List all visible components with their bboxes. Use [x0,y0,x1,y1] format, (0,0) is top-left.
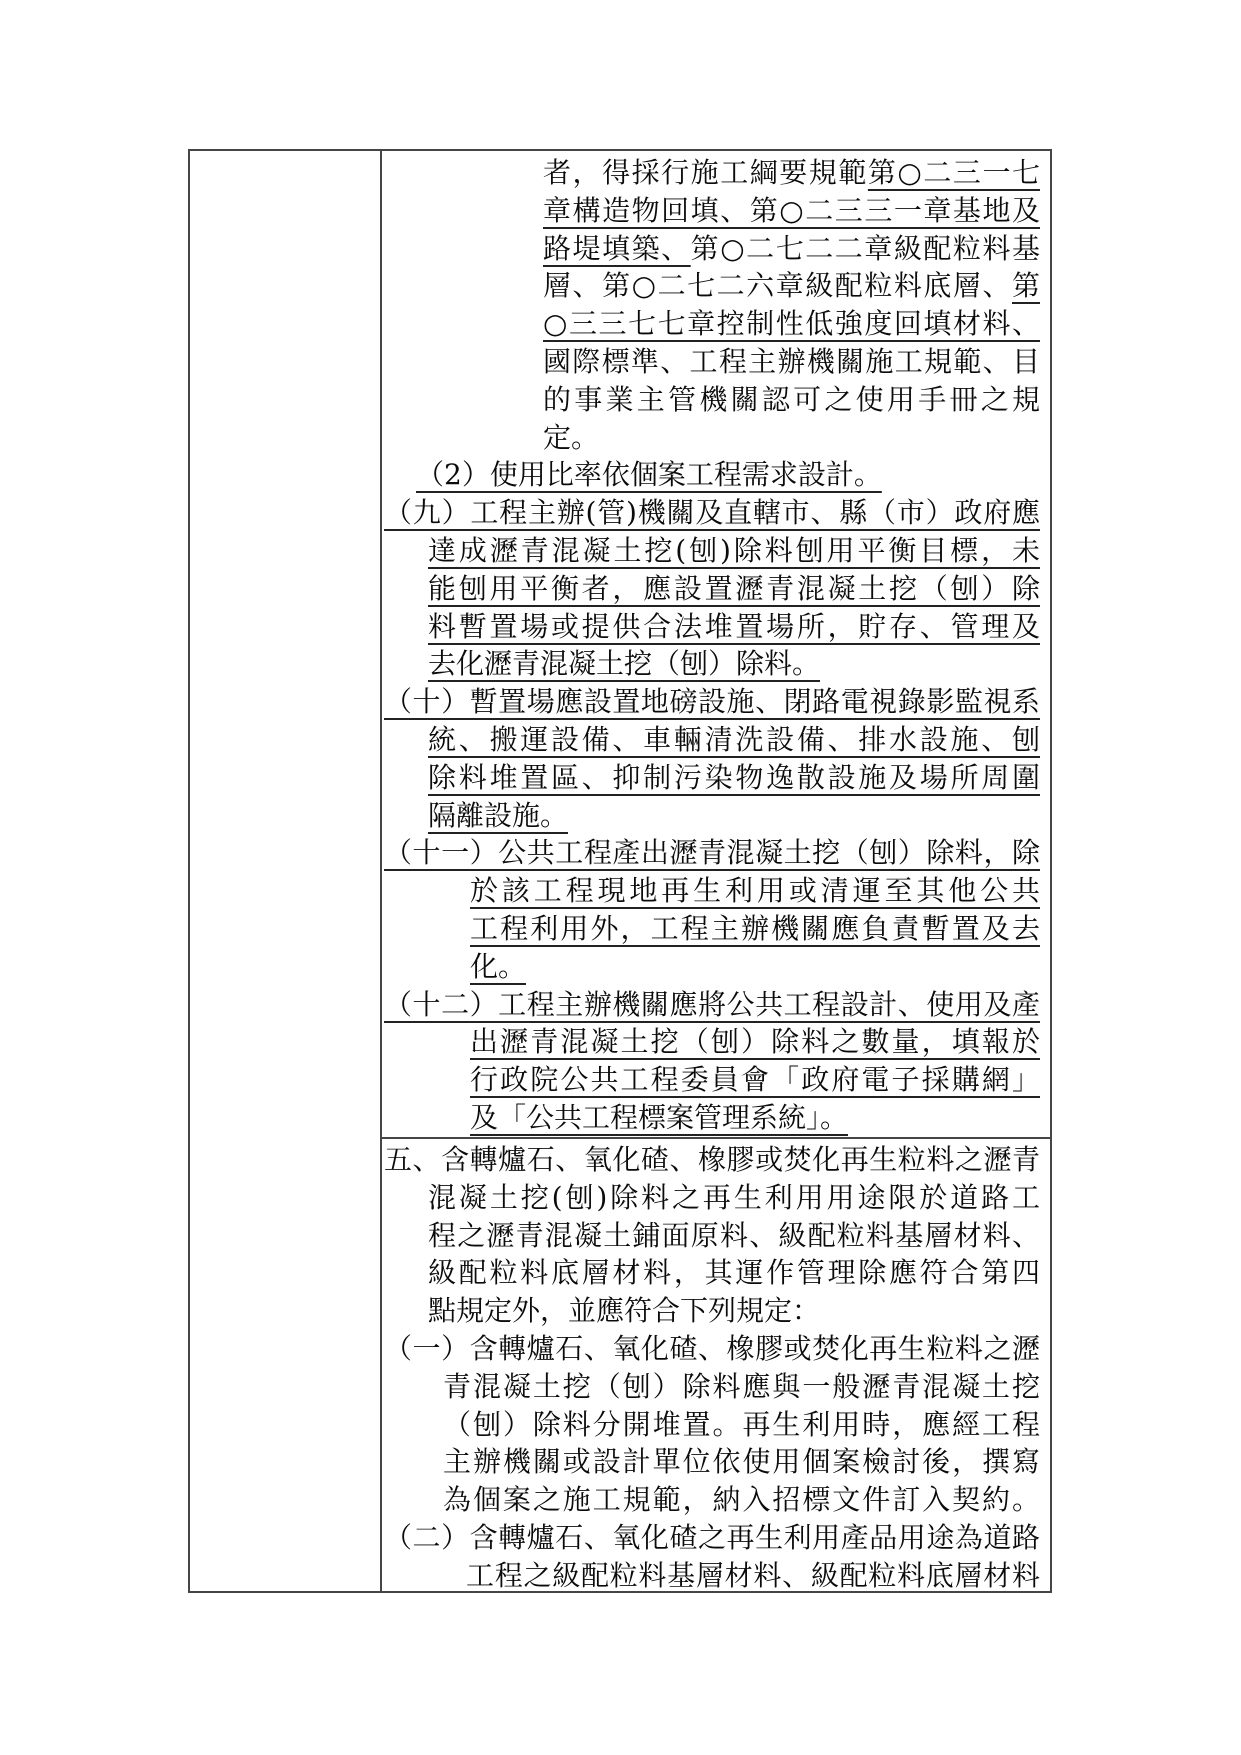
underlined-text-run: 及「公共工程標案管理系統」。 [470,1101,848,1134]
underlined-text-run: 去化瀝青混凝土挖（刨）除料。 [428,647,820,680]
text-line: ○三三七七章控制性低強度回填材料、 [543,305,1040,343]
text-run: 五、含轉爐石、氧化碴、橡膠或焚化再生粒料之瀝青 [384,1143,1040,1176]
underlined-text-run: 第○二三一七 [868,156,1040,189]
text-line: （十二）工程主辦機關應將公共工程設計、使用及產 [384,986,1040,1024]
text-run: （一）含轉爐石、氧化碴、橡膠或焚化再生粒料之瀝 [384,1332,1040,1365]
text-line: （刨）除料分開堆置。再生利用時，應經工程 [443,1406,1040,1444]
text-line: 路堤填築、第○二七二二章級配粒料基 [543,230,1040,268]
table-cell-row-2: 五、含轉爐石、氧化碴、橡膠或焚化再生粒料之瀝青混凝土挖(刨)除料之再生利用用途限… [384,1141,1040,1591]
underlined-text-run: 出瀝青混凝土挖（刨）除料之數量，填報於 [470,1025,1040,1058]
text-run: 主辦機關或設計單位依使用個案檢討後，撰寫 [443,1445,1040,1478]
text-run: 者，得採行施工綱要規範 [543,156,868,189]
left-column-cell [190,151,380,1591]
text-run: 第○二七二二章級配粒料基 [691,232,1040,265]
underlined-text-run: 除料堆置區、抑制污染物逸散設施及場所周圍 [428,761,1040,794]
underlined-text-run: 路堤填築、 [543,232,691,265]
underlined-text-run: 第 [1012,269,1040,302]
underlined-text-run: （九）工程主辦(管)機關及直轄市、縣（市）政府應 [384,496,1040,529]
text-run: 為個案之施工規範，納入招標文件訂入契約。 [443,1483,1040,1516]
text-run: 工程之級配粒料基層材料、級配粒料底層材料 [466,1559,1040,1592]
text-run: 點規定外，並應符合下列規定： [428,1294,820,1327]
text-run: 層、第○二七二六章級配粒料底層、 [543,269,1012,302]
text-run: 級配粒料底層材料，其運作管理除應符合第四 [428,1256,1040,1289]
text-line: 國際標準、工程主辦機關施工規範、目 [543,343,1040,381]
underlined-text-run: 化。 [470,950,526,983]
text-line: 青混凝土挖（刨）除料應與一般瀝青混凝土挖 [443,1368,1040,1406]
text-line: （十一）公共工程產出瀝青混凝土挖（刨）除料，除 [384,834,1040,872]
text-line: 達成瀝青混凝土挖(刨)除料刨用平衡目標，未 [428,532,1040,570]
underlined-text-run: 章構造物回填、第○二三三一章基地及 [543,194,1040,227]
text-line: 去化瀝青混凝土挖（刨）除料。 [428,645,1040,683]
text-line: （二）含轉爐石、氧化碴之再生利用產品用途為道路 [384,1519,1040,1557]
underlined-text-run: 能刨用平衡者，應設置瀝青混凝土挖（刨）除 [428,572,1040,605]
underlined-text-run: （十）暫置場應設置地磅設施、閉路電視錄影監視系 [384,685,1040,718]
underlined-text-run: （2）使用比率依個案工程需求設計。 [416,458,882,491]
text-run: 的事業主管機關認可之使用手冊之規 [543,383,1040,416]
text-line: 料暫置場或提供合法堆置場所，貯存、管理及 [428,608,1040,646]
underlined-text-run: （十一）公共工程產出瀝青混凝土挖（刨）除料，除 [384,836,1040,869]
underlined-text-run: 行政院公共工程委員會「政府電子採購網」 [470,1063,1040,1096]
text-line: 層、第○二七二六章級配粒料底層、第 [543,267,1040,305]
underlined-text-run: 達成瀝青混凝土挖(刨)除料刨用平衡目標，未 [428,534,1040,567]
text-line: （九）工程主辦(管)機關及直轄市、縣（市）政府應 [384,494,1040,532]
text-line: 五、含轉爐石、氧化碴、橡膠或焚化再生粒料之瀝青 [384,1141,1040,1179]
text-line: 出瀝青混凝土挖（刨）除料之數量，填報於 [470,1023,1040,1061]
table-cell-row-1: 者，得採行施工綱要規範第○二三一七章構造物回填、第○二三三一章基地及路堤填築、第… [384,154,1040,1138]
underlined-text-run: 於該工程現地再生利用或清運至其他公共 [470,874,1040,907]
text-line: 統、搬運設備、車輛清洗設備、排水設施、刨 [428,721,1040,759]
text-line: 者，得採行施工綱要規範第○二三一七 [543,154,1040,192]
underlined-text-run: ○三三七七章控制性低強度回填材料、 [543,307,1040,340]
text-line: 化。 [470,948,1040,986]
text-run: 定。 [543,421,599,454]
text-run: （二）含轉爐石、氧化碴之再生利用產品用途為道路 [384,1521,1040,1554]
text-line: 混凝土挖(刨)除料之再生利用用途限於道路工 [428,1179,1040,1217]
text-line: 於該工程現地再生利用或清運至其他公共 [470,872,1040,910]
text-line: 章構造物回填、第○二三三一章基地及 [543,192,1040,230]
text-line: 級配粒料底層材料，其運作管理除應符合第四 [428,1254,1040,1292]
text-run: 程之瀝青混凝土鋪面原料、級配粒料基層材料、 [428,1219,1040,1252]
text-line: （十）暫置場應設置地磅設施、閉路電視錄影監視系 [384,683,1040,721]
text-run: （刨）除料分開堆置。再生利用時，應經工程 [443,1408,1040,1441]
text-line: 能刨用平衡者，應設置瀝青混凝土挖（刨）除 [428,570,1040,608]
text-line: 及「公共工程標案管理系統」。 [470,1099,1040,1137]
text-line: （一）含轉爐石、氧化碴、橡膠或焚化再生粒料之瀝 [384,1330,1040,1368]
text-line: 程之瀝青混凝土鋪面原料、級配粒料基層材料、 [428,1217,1040,1255]
underlined-text-run: 工程利用外，工程主辦機關應負責暫置及去 [470,912,1040,945]
underlined-text-run: 統、搬運設備、車輛清洗設備、排水設施、刨 [428,723,1040,756]
text-line: 的事業主管機關認可之使用手冊之規 [543,381,1040,419]
underlined-text-run: 隔離設施。 [428,799,568,832]
text-line: 為個案之施工規範，納入招標文件訂入契約。 [443,1481,1040,1519]
text-line: 隔離設施。 [428,797,1040,835]
text-run: 混凝土挖(刨)除料之再生利用用途限於道路工 [428,1181,1040,1214]
text-run: 國際標準、工程主辦機關施工規範、目 [543,345,1040,378]
text-line: 工程利用外，工程主辦機關應負責暫置及去 [470,910,1040,948]
text-line: 點規定外，並應符合下列規定： [428,1292,1040,1330]
text-run: 青混凝土挖（刨）除料應與一般瀝青混凝土挖 [443,1370,1040,1403]
underlined-text-run: 料暫置場或提供合法堆置場所，貯存、管理及 [428,610,1040,643]
underlined-text-run: （十二）工程主辦機關應將公共工程設計、使用及產 [384,988,1040,1021]
text-line: 定。 [543,419,1040,457]
column-divider [380,151,382,1591]
text-line: 工程之級配粒料基層材料、級配粒料底層材料 [466,1557,1040,1595]
text-line: 行政院公共工程委員會「政府電子採購網」 [470,1061,1040,1099]
regulation-table: 者，得採行施工綱要規範第○二三一七章構造物回填、第○二三三一章基地及路堤填築、第… [188,149,1052,1593]
text-line: 主辦機關或設計單位依使用個案檢討後，撰寫 [443,1443,1040,1481]
text-line: （2）使用比率依個案工程需求設計。 [416,456,1040,494]
text-line: 除料堆置區、抑制污染物逸散設施及場所周圍 [428,759,1040,797]
